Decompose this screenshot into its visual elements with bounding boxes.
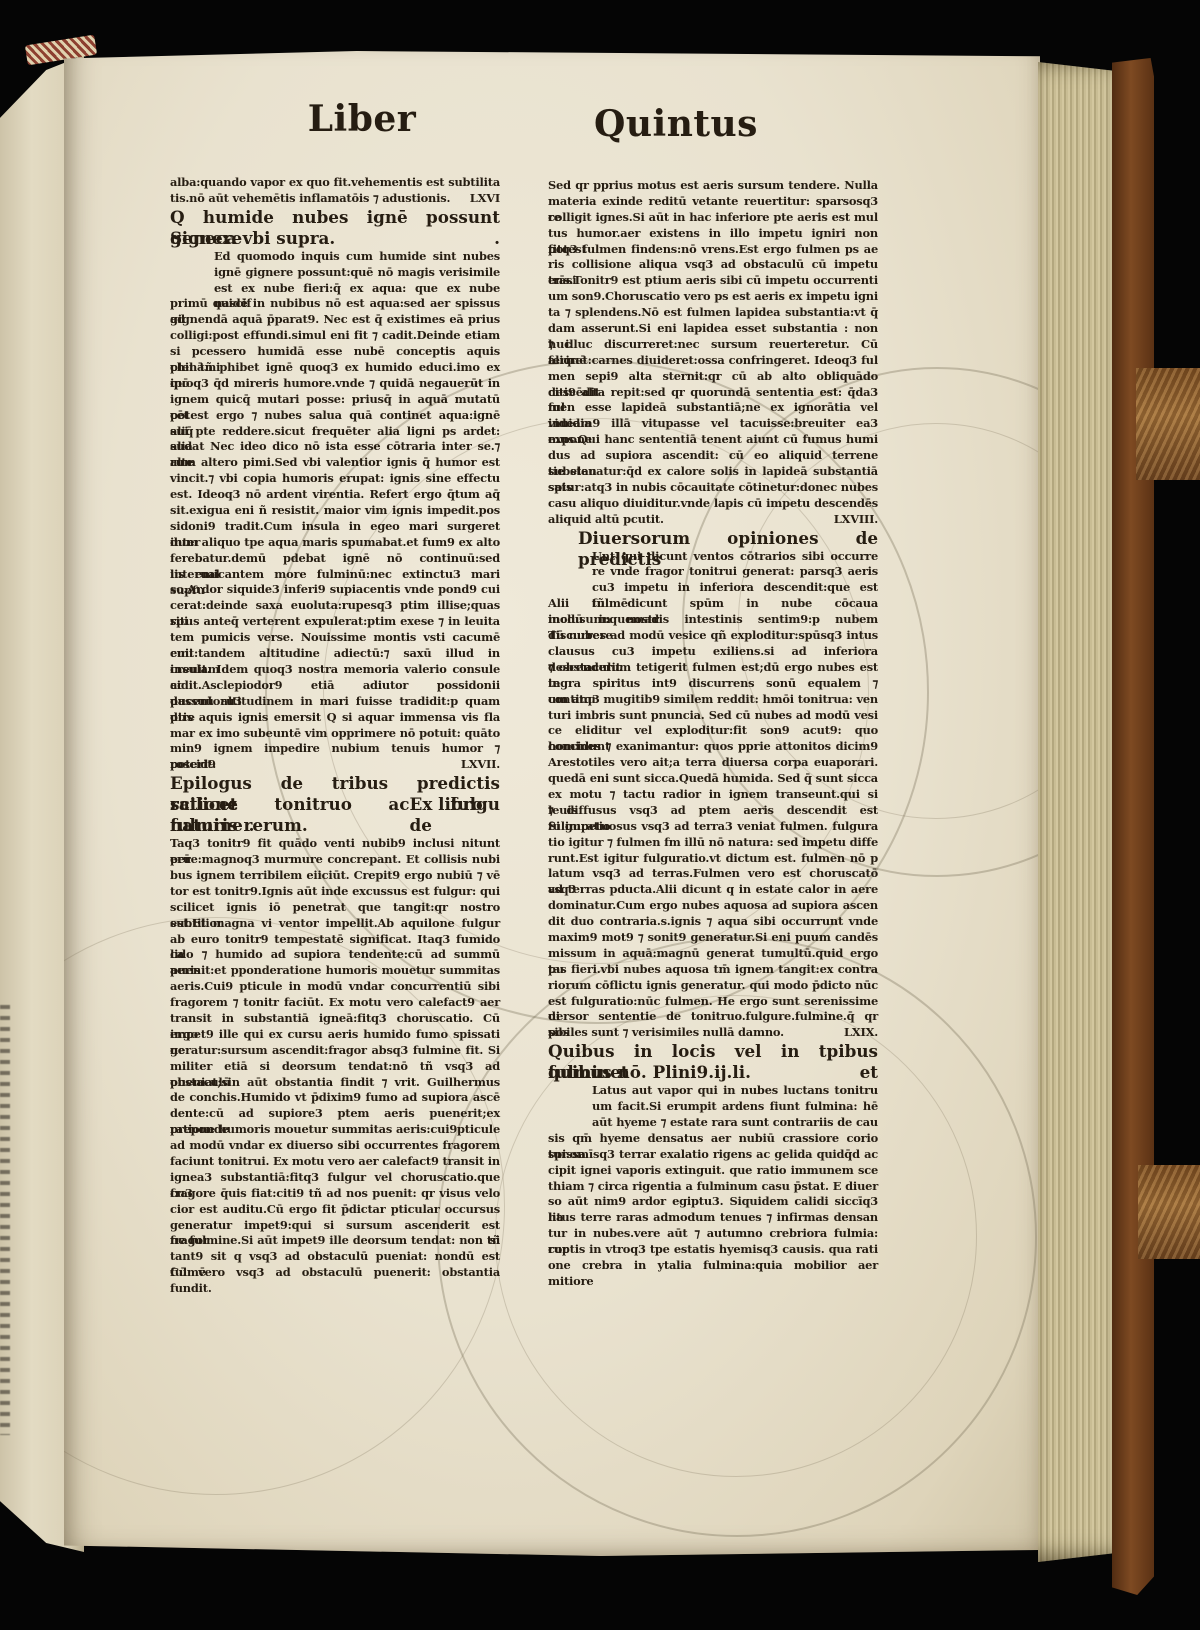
text-line: Sed qr pprius motus est aeris sursum ten… — [548, 178, 878, 194]
text-line: ruptis in vtroq3 tpe estatis hyemisq3 ca… — [548, 1242, 878, 1258]
text-line: one crebra in ytalia fulmina:quia mobili… — [548, 1258, 878, 1274]
text-line: ratione tonitruo ac fulmine .Ex libro de — [170, 794, 500, 815]
text-line: riorum cōflictu ignis generatur. qui mod… — [548, 978, 878, 994]
text-line: est.Et magna vi ventor impellit.Ab aquil… — [170, 916, 500, 932]
text-line: videam9 illā vitupasse vel tacuisse:breu… — [548, 416, 878, 432]
text-line: puenit:et pponderatione humoris mouetur … — [170, 963, 500, 979]
text-line: scilicet ignis iō penetrat que tangit:qr… — [170, 900, 500, 916]
text-line: sidoni9 tradit.Cum insula in egeo mari s… — [170, 519, 500, 535]
text-line: clausus cu3 impetu exiliens.si ad inferi… — [548, 644, 878, 660]
text-line: aūt hyeme ⁊ estate rara sunt contrariis … — [548, 1115, 878, 1131]
text-line: quedā eni sunt sicca.Quedā humida. Sed q… — [548, 771, 878, 787]
text-line: ignē gignere possunt:quē nō magis verisi… — [170, 265, 500, 281]
text-line: Quibus in locis vel in tpibus fulminet e… — [548, 1041, 878, 1062]
text-line: tas fieri.vbi nubes aquosa tm̄ ignem tan… — [548, 962, 878, 978]
text-line: materia exinde reditū vetante reuertitur… — [548, 194, 878, 210]
chapter-numeral: Ex libro de — [410, 794, 500, 815]
text-line: tis.nō aūt vehemētis inflamatōis ⁊ adust… — [170, 191, 500, 207]
text-line: Si impetuosus vsq3 ad terra3 veniat fulm… — [548, 819, 878, 835]
running-head-quintus: Quintus — [594, 103, 734, 145]
text-line: mus.Qui hanc sententiā tenent aiunt cū f… — [548, 432, 878, 448]
text-line: ris collisione aliqua vsq3 ad obstaculū … — [548, 257, 878, 273]
text-line: ad terras pducta.Alii dicunt q in estate… — [548, 882, 878, 898]
text-line: dus ad supiora ascendit: cū eo aliquid t… — [548, 448, 878, 464]
text-line: tur in nubes.vere aūt ⁊ autumno crebrior… — [548, 1226, 878, 1242]
text-line: fragorem ⁊ tonitr faciūt. Ex motu vero c… — [170, 995, 500, 1011]
text-line: sui pte reddere.sicut frequēter alia lig… — [170, 424, 500, 440]
text-line: tus humor.aer existens in illo impetu ig… — [548, 226, 878, 242]
text-line: so.Ardor siquide3 inferi9 supiacentis vn… — [170, 582, 500, 598]
text-line: turi imbris sunt pnuncia. Sed cū nubes a… — [548, 708, 878, 724]
text-line: ⁊ obstaculum tetigerit fulmen est;dū erg… — [548, 660, 878, 676]
clasp-strap-top — [1136, 368, 1200, 480]
text-line: generatur impet9:qui si sursum ascenderi… — [170, 1218, 500, 1234]
text-line: Latus aut vapor qui in nubes luctans ton… — [548, 1083, 878, 1099]
text-line: alba:quando vapor ex quo fit.vehementis … — [170, 175, 500, 191]
text-line: chil tñ phibet ignē quoq3 ex humido educ… — [170, 360, 500, 376]
text-line: cerat:deinde saxa euoluta:rupesq3 ptim i… — [170, 598, 500, 614]
text-line: ens.Tonitr9 est ptium aeris sibi cū impe… — [548, 273, 878, 289]
text-line: aliquid altū pcutit.LXVIII. — [548, 512, 878, 528]
text-line: poterit.LXVII. — [170, 757, 500, 773]
text-line: lis emicantem more fulminū:nec extinctu3… — [170, 567, 500, 583]
text-line: bus ignem terribilem eiiciūt. Crepit9 er… — [170, 868, 500, 884]
text-line: dam asserunt.Si eni lapidea esset substa… — [548, 321, 878, 337]
text-line: faciunt tonitrui. Ex motu vero aer calef… — [170, 1154, 500, 1170]
text-line: tegra spiritus int9 discurrens sonū equa… — [548, 676, 878, 692]
text-line: missum in aquā:magnū generat tumultū.qui… — [548, 946, 878, 962]
text-line: dit duo contraria.s.ignis ⁊ aqua sibi oc… — [548, 914, 878, 930]
text-line: Ed quomodo inquis cum humide sint nubes — [170, 249, 500, 265]
text-line: cu3 impetu in inferiora descendit:que es… — [548, 580, 878, 596]
text-line: sudat Nec ideo dico nō ista esse cōtrari… — [170, 439, 500, 455]
text-line: ne fulmine.Si aūt impet9 ille deorsum te… — [170, 1233, 500, 1249]
text-line: est. Ideoq3 nō ardent virentia. Refert e… — [170, 487, 500, 503]
text-line: fitq3 fulmen findens:nō vrens.Est ergo f… — [548, 242, 878, 258]
text-line: pere:magnoq3 murmure concrepant. Et coll… — [170, 852, 500, 868]
text-line: cidit.Asclepiodor9 etiā adiutor possidon… — [170, 678, 500, 694]
text-line: ptis aquis ignis emersit Q si aquar imme… — [170, 710, 500, 726]
text-line: Unt qui dicunt ventos cōtrarios sibi occ… — [548, 549, 878, 565]
text-line: colligi:post effundi.simul eni fit ⁊ cad… — [170, 328, 500, 344]
text-line: min9 ignem impedire nubium tenuis humor … — [170, 741, 500, 757]
text-line: militer etiā si deorsum tendat:nō tñ vsq… — [170, 1059, 500, 1075]
text-line: cuit:tandem altitudine adiectū:⁊ saxū il… — [170, 646, 500, 662]
chapter-numeral: LXVII. — [461, 757, 500, 773]
text-line: sit.exigua eni ñ resistit. maior vim ign… — [170, 503, 500, 519]
text-line: ferebatur.demū pdebat ignē nō continuū:s… — [170, 551, 500, 567]
text-line: rum altero pimi.Sed vbi valentior ignis … — [170, 455, 500, 471]
text-line: satur:atq3 in nubis cōcauitate cōtinetur… — [548, 480, 878, 496]
text-line: tio igitur ⁊ fulmen fm illū nō natura: s… — [548, 835, 878, 851]
text-line: sis qm̄ hyeme densatus aer nubiū crassio… — [548, 1131, 878, 1147]
text-line: so aūt nim9 ardor egiptu3. Siquidem cali… — [548, 1194, 878, 1210]
text-line: vincit.⁊ vbi copia humoris erupat: ignis… — [170, 471, 500, 487]
text-line: ignea3 substantiā:fitq3 fulgur vel choru… — [170, 1170, 500, 1186]
fore-edge-pages — [1038, 56, 1116, 1562]
text-line: dente:cū ad supiore3 ptem aeris puenerit… — [170, 1106, 500, 1122]
text-line: ignem quicq̄ mutari posse: priusq̄ in aq… — [170, 392, 500, 408]
text-line: transit in substantiā igneā:fitq3 chorus… — [170, 1011, 500, 1027]
text-line: ex motu ⁊ tactu radior in ignem transeun… — [548, 787, 878, 803]
leather-board-edge — [1112, 58, 1154, 1595]
text-line: est ex nube fieri:q̄ ex aqua: que ex nub… — [170, 281, 500, 297]
text-line: Q humide nubes ignē possunt gignere . — [170, 207, 500, 228]
text-line: tant9 sit q vsq3 ad obstaculū pueniat: n… — [170, 1249, 500, 1265]
showthrough-text — [0, 1005, 10, 1435]
text-line: naturis rerum. — [170, 815, 500, 836]
text-line: ⁊ illuc discurreret:nec sursum reuertere… — [548, 337, 878, 353]
left-column: alba:quando vapor ex quo fit.vehementis … — [170, 175, 500, 1281]
text-line: um facit.Si erumpit ardens fiunt fulmina… — [548, 1099, 878, 1115]
text-line: sibiles sunt ⁊ verisimiles nullā damno.L… — [548, 1025, 878, 1041]
text-line: cior est auditu.Cū ergo fit p̄dictar pti… — [170, 1202, 500, 1218]
text-line: tor est tonitr9.Ignis aūt inde excussus … — [170, 884, 500, 900]
text-line: re vnde fragor tonitrui generat: parsq3 … — [548, 564, 878, 580]
text-line: impet9 ille qui ex cursu aeris humido fu… — [170, 1027, 500, 1043]
text-line: gignendā aquā p̄parat9. Nec est q̄ exist… — [170, 312, 500, 328]
text-line: Cū vero vsq3 ad obstaculū puenerit: obst… — [170, 1265, 500, 1281]
text-line: aeris.Cui9 pticule in modū vndar concurr… — [170, 979, 500, 995]
chapter-numeral: LXVI — [470, 191, 500, 207]
text-line: Alii tñ dicunt spūm in nube cōcaua inclu… — [548, 596, 878, 612]
text-line: Diuersorum opiniones de predictis — [548, 528, 878, 549]
clasp-strap-bottom — [1138, 1165, 1200, 1259]
text-line: citi9 alta repit:sed qr quorundā sentent… — [548, 385, 878, 401]
text-line: tie eleuatur:q̄d ex calore solis in lapi… — [548, 464, 878, 480]
text-line: si pcessero humidā esse nubē conceptis a… — [170, 344, 500, 360]
text-line: runt.Est igitur fulguratio.vt dictum est… — [548, 851, 878, 867]
text-line: Taq3 tonitr9 fit quādo venti nubib9 incl… — [170, 836, 500, 852]
text-line: tur.omīsq3 terrar exalatio rigens ac gel… — [548, 1147, 878, 1163]
text-line: litus terre raras admodum tenues ⁊ infir… — [548, 1210, 878, 1226]
text-line: ratione humoris mouetur summitas aeris:c… — [170, 1122, 500, 1138]
book-photo: Liber Quintus alba:quando vapor ex quo f… — [0, 0, 1200, 1630]
text-line: um son9.Choruscatio vero ps est aeris ex… — [548, 289, 878, 305]
text-line: maxim9 mot9 ⁊ sonit9 generatur.Si eni pu… — [548, 930, 878, 946]
text-line: dominatur.Cum ergo nubes aquosa ad supio… — [548, 898, 878, 914]
text-line: men sepi9 alta sternit:qr cū ab alto obl… — [548, 369, 878, 385]
text-line: quoq3 q̄d mireris humore.vnde ⁊ quidā ne… — [170, 376, 500, 392]
text-line: Arestotiles vero ait;a terra diuersa cor… — [548, 755, 878, 771]
text-line: ce eliditur vel exploditur:fit son9 acut… — [548, 723, 878, 739]
text-line: cipit ignei vaporis extinguit. que ratio… — [548, 1163, 878, 1179]
text-line: feriret:carnes diuideret:ossa confringer… — [548, 353, 878, 369]
text-line: neratur:sursum ascendit:fragor absq3 ful… — [170, 1043, 500, 1059]
text-line: um atq3 mugitib9 similem reddit: hmōi to… — [548, 692, 878, 708]
text-line: ta ⁊ splendens.Nō est fulmen lapidea sub… — [548, 305, 878, 321]
book-page: Liber Quintus alba:quando vapor ex quo f… — [64, 48, 1040, 1556]
text-line: dum aliquo tpe aqua maris spumabat.et fu… — [170, 535, 500, 551]
right-column: Sed qr pprius motus est aeris sursum ten… — [548, 178, 878, 1274]
text-line: ad modū vndar ex diuerso sibi occurrente… — [170, 1138, 500, 1154]
text-line: potest ergo ⁊ nubes salua quā continet a… — [170, 408, 500, 424]
text-line: ritus anteq̄ verterent expulerat:ptim ex… — [170, 614, 500, 630]
text-line: Tū nubes ad modū vesice qñ exploditur:sp… — [548, 628, 878, 644]
text-line: fragore q̄uis fiat:citi9 tñ ad nos pueni… — [170, 1186, 500, 1202]
text-line: ⁊ diffusus vsq3 ad ptem aeris descendit … — [548, 803, 878, 819]
text-line: uersor sententie de tonitruo.fulgure.ful… — [548, 1009, 878, 1025]
text-line: pueniat;sin aūt obstantia findit ⁊ vrit.… — [170, 1075, 500, 1091]
text-line: de conchis.Humido vt p̄dixim9 fumo ad su… — [170, 1090, 500, 1106]
text-line: mar ex imo subeuntē vim opprimere nō pot… — [170, 726, 500, 742]
text-line: modū in nostris intestinis sentim9:p nub… — [548, 612, 878, 628]
text-line: lido ⁊ humido ad supiora tendente:cū ad … — [170, 947, 500, 963]
chapter-numeral: LXVIII. — [834, 512, 878, 528]
text-line: colligit ignes.Si aūt in hac inferiore p… — [548, 210, 878, 226]
text-line: homines ⁊ exanimantur: quos pprie attoni… — [548, 739, 878, 755]
chapter-numeral: LXIX. — [844, 1025, 878, 1041]
text-line: primū quidē in nubibus nō est aqua:sed a… — [170, 296, 500, 312]
text-line: latum vsq3 ad terras.Fulmen vero est cho… — [548, 866, 878, 882]
text-line: Epilogus de tribus predictis scilicet fu… — [170, 773, 500, 794]
text-line: men esse lapideā substantiā;ne ex ignorā… — [548, 400, 878, 416]
text-line: thiam ⁊ circa rigentia a fulminum casu p… — [548, 1179, 878, 1195]
text-line: casu aliquo diuiditur.vnde lapis cū impe… — [548, 496, 878, 512]
text-line: est fulguratio:nūc fulmen. He ergo sunt … — [548, 994, 878, 1010]
running-head-liber: Liber — [297, 98, 427, 140]
text-line: ab euro tonitr9 tempestatē significat. I… — [170, 932, 500, 948]
text-line: tem pumicis verse. Nouissime montis vsti… — [170, 630, 500, 646]
text-line: passuū altitudinem in mari fuisse tradid… — [170, 694, 500, 710]
text-line: creuit. Idem quoq3 nostra memoria valeri… — [170, 662, 500, 678]
